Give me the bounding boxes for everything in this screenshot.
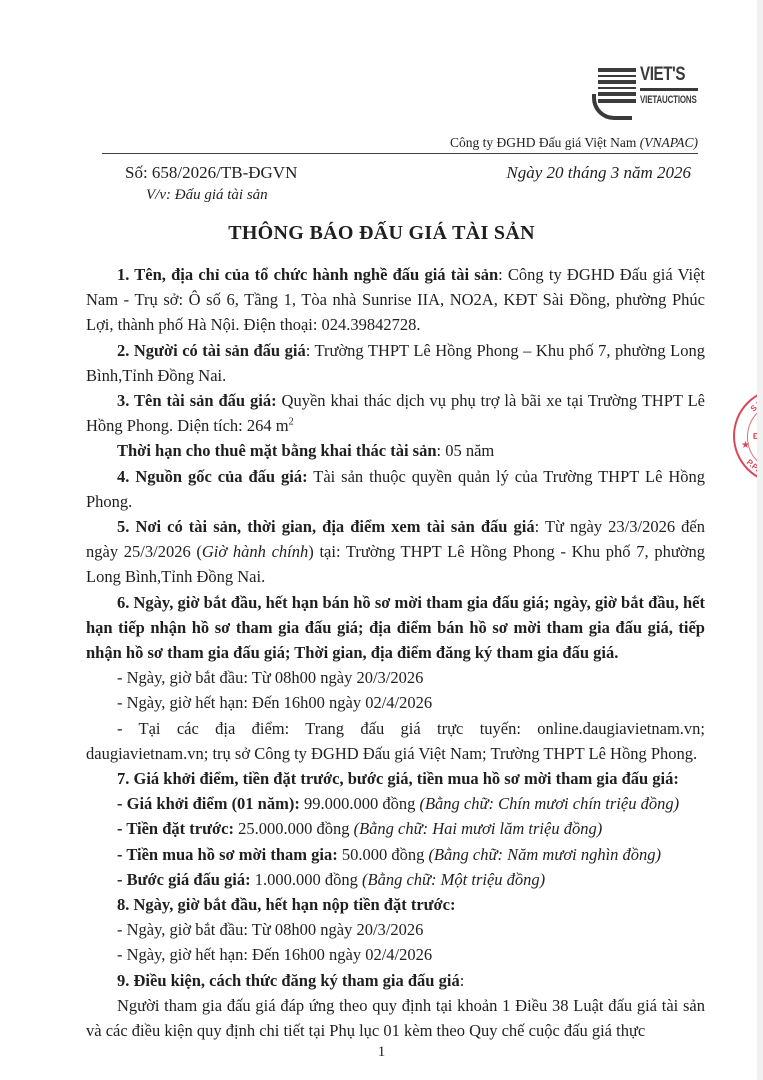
price-label: - Giá khởi điểm (01 năm):	[117, 794, 300, 813]
price-words: (Bằng chữ: Một triệu đồng)	[362, 870, 545, 889]
price-label: - Tiền mua hồ sơ mời tham gia:	[117, 845, 338, 864]
price-item: - Tiền mua hồ sơ mời tham gia: 50.000 đồ…	[86, 842, 705, 867]
section-8-item: - Ngày, giờ bắt đầu: Từ 08h00 ngày 20/3/…	[86, 917, 705, 942]
section-heading: 4. Nguồn gốc của đấu giá:	[117, 467, 308, 486]
company-header: Công ty ĐGHD Đấu giá Việt Nam (VNAPAC)	[450, 135, 698, 151]
price-value: 99.000.000 đồng	[300, 794, 420, 813]
document-body: 1. Tên, địa chỉ của tổ chức hành nghề đấ…	[86, 262, 705, 1043]
section-4: 4. Nguồn gốc của đấu giá: Tài sản thuộc …	[86, 464, 705, 514]
section-heading: 9. Điều kiện, cách thức đăng ký tham gia…	[117, 971, 460, 990]
document-title: THÔNG BÁO ĐẤU GIÁ TÀI SẢN	[0, 222, 763, 245]
price-value: 25.000.000 đồng	[234, 819, 354, 838]
section-text-italic: Giờ hành chính	[202, 542, 308, 561]
price-item: - Giá khởi điểm (01 năm): 99.000.000 đồn…	[86, 791, 705, 816]
section-heading: 1. Tên, địa chỉ của tổ chức hành nghề đấ…	[117, 265, 498, 284]
section-heading: 8. Ngày, giờ bắt đầu, hết hạn nộp tiền đ…	[117, 895, 456, 914]
logo-text-secondary: VIETAUCTIONS	[640, 94, 697, 106]
logo-text-primary: VIET'S	[640, 64, 685, 86]
price-item: - Tiền đặt trước: 25.000.000 đồng (Bằng …	[86, 816, 705, 841]
price-item: - Bước giá đấu giá: 1.000.000 đồng (Bằng…	[86, 867, 705, 892]
section-3-lease-term: Thời hạn cho thuê mặt bằng khai thác tài…	[86, 438, 705, 463]
section-7: 7. Giá khởi điểm, tiền đặt trước, bước g…	[86, 766, 705, 791]
section-heading: 5. Nơi có tài sản, thời gian, địa điểm x…	[117, 517, 535, 536]
section-9: 9. Điều kiện, cách thức đăng ký tham gia…	[86, 968, 705, 993]
section-8-item: - Ngày, giờ hết hạn: Đến 16h00 ngày 02/4…	[86, 942, 705, 967]
header-rule	[102, 153, 698, 154]
unit-superscript: 2	[289, 417, 294, 428]
logo-swoosh-icon	[592, 94, 632, 120]
section-heading: 6. Ngày, giờ bắt đầu, hết hạn bán hồ sơ …	[86, 593, 705, 662]
vietauctions-logo: VIET'S VIETAUCTIONS	[598, 64, 702, 120]
section-6-item: - Ngày, giờ bắt đầu: Từ 08h00 ngày 20/3/…	[86, 665, 705, 690]
section-heading: 2. Người có tài sản đấu giá	[117, 341, 306, 360]
price-label: - Bước giá đấu giá:	[117, 870, 251, 889]
section-heading: 3. Tên tài sản đấu giá:	[117, 391, 277, 410]
section-6-item: - Tại các địa điểm: Trang đấu giá trực t…	[86, 716, 705, 766]
price-words: (Bằng chữ: Chín mươi chín triệu đồng)	[419, 794, 679, 813]
page-edge	[757, 0, 763, 1080]
section-text: : 05 năm	[437, 441, 495, 460]
price-words: (Bằng chữ: Hai mươi lăm triệu đồng)	[354, 819, 603, 838]
section-3: 3. Tên tài sản đấu giá: Quyền khai thác …	[86, 388, 705, 438]
price-words: (Bằng chữ: Năm mươi nghìn đồng)	[428, 845, 661, 864]
section-2: 2. Người có tài sản đấu giá: Trường THPT…	[86, 338, 705, 388]
reference-subject: V/v: Đấu giá tài sản	[146, 187, 268, 204]
section-8: 8. Ngày, giờ bắt đầu, hết hạn nộp tiền đ…	[86, 892, 705, 917]
section-heading: 7. Giá khởi điểm, tiền đặt trước, bước g…	[117, 769, 679, 788]
section-5: 5. Nơi có tài sản, thời gian, địa điểm x…	[86, 514, 705, 590]
logo-divider	[640, 88, 698, 91]
stamp-star-icon: ★	[741, 440, 750, 451]
company-abbr: (VNAPAC)	[640, 135, 698, 150]
price-label: - Tiền đặt trước:	[117, 819, 234, 838]
section-9-text: Người tham gia đấu giá đáp ứng theo quy …	[86, 993, 705, 1043]
reference-number: Số: 658/2026/TB-ĐGVN	[125, 163, 297, 183]
document-page: VIET'S VIETAUCTIONS Công ty ĐGHD Đấu giá…	[0, 0, 763, 1080]
company-name: Công ty ĐGHD Đấu giá Việt Nam	[450, 135, 636, 150]
document-date: Ngày 20 tháng 3 năm 2026	[506, 163, 691, 183]
price-value: 50.000 đồng	[338, 845, 429, 864]
section-heading: Thời hạn cho thuê mặt bằng khai thác tài…	[117, 441, 437, 460]
section-6: 6. Ngày, giờ bắt đầu, hết hạn bán hồ sơ …	[86, 590, 705, 666]
section-6-item: - Ngày, giờ hết hạn: Đến 16h00 ngày 02/4…	[86, 690, 705, 715]
section-1: 1. Tên, địa chỉ của tổ chức hành nghề đấ…	[86, 262, 705, 338]
page-number: 1	[0, 1044, 763, 1061]
heading-suffix: :	[460, 971, 465, 990]
price-value: 1.000.000 đồng	[251, 870, 362, 889]
